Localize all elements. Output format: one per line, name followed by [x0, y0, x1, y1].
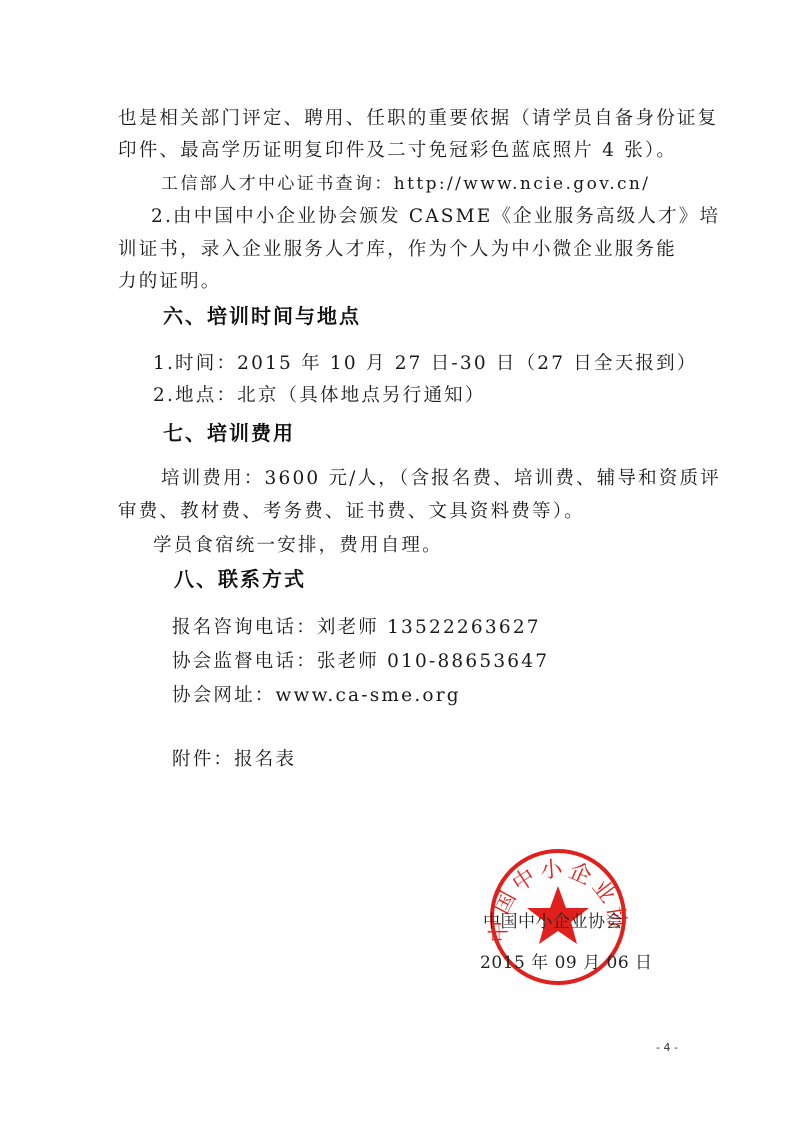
cert-query-line: 工信部人才中心证书查询：http://www.ncie.gov.cn/	[161, 172, 650, 196]
list-item: 1.时间：2015 年 10 月 27 日-30 日（27 日全天报到）	[153, 352, 698, 376]
paragraph-line: 审费、教材费、考务费、证书费、文具资料费等）。	[118, 500, 585, 524]
section-heading-7: 七、培训费用	[163, 420, 295, 446]
section-heading-6: 六、培训时间与地点	[163, 303, 361, 329]
contact-line: 协会监督电话：张老师 010-88653647	[172, 650, 549, 674]
list-item: 2.地点：北京（具体地点另行通知）	[153, 384, 486, 408]
paragraph-line: 印件、最高学历证明复印件及二寸免冠彩色蓝底照片 4 张）。	[118, 139, 677, 163]
paragraph-line: 力的证明。	[118, 270, 222, 294]
attachment-line: 附件：报名表	[172, 748, 296, 772]
signature-date: 2015 年 09 月 06 日	[480, 952, 653, 974]
signature-org: 中国中小企业协会	[483, 911, 623, 933]
page-number: - 4 -	[656, 1041, 678, 1054]
contact-line: 协会网址：www.ca-sme.org	[172, 684, 461, 708]
paragraph-line: 2.由中国中小企业协会颁发 CASME《企业服务高级人才》培	[151, 205, 720, 229]
paragraph-line: 也是相关部门评定、聘用、任职的重要依据（请学员自备身份证复	[118, 107, 718, 131]
section-heading-8: 八、联系方式	[174, 566, 306, 592]
paragraph-line: 学员食宿统一安排，费用自理。	[153, 534, 443, 558]
paragraph-line: 训证书，录入企业服务人才库，作为个人为中小微企业服务能	[118, 238, 677, 262]
paragraph-line: 培训费用：3600 元/人，（含报名费、培训费、辅导和资质评	[161, 467, 721, 491]
contact-line: 报名咨询电话：刘老师 13522263627	[172, 616, 541, 640]
